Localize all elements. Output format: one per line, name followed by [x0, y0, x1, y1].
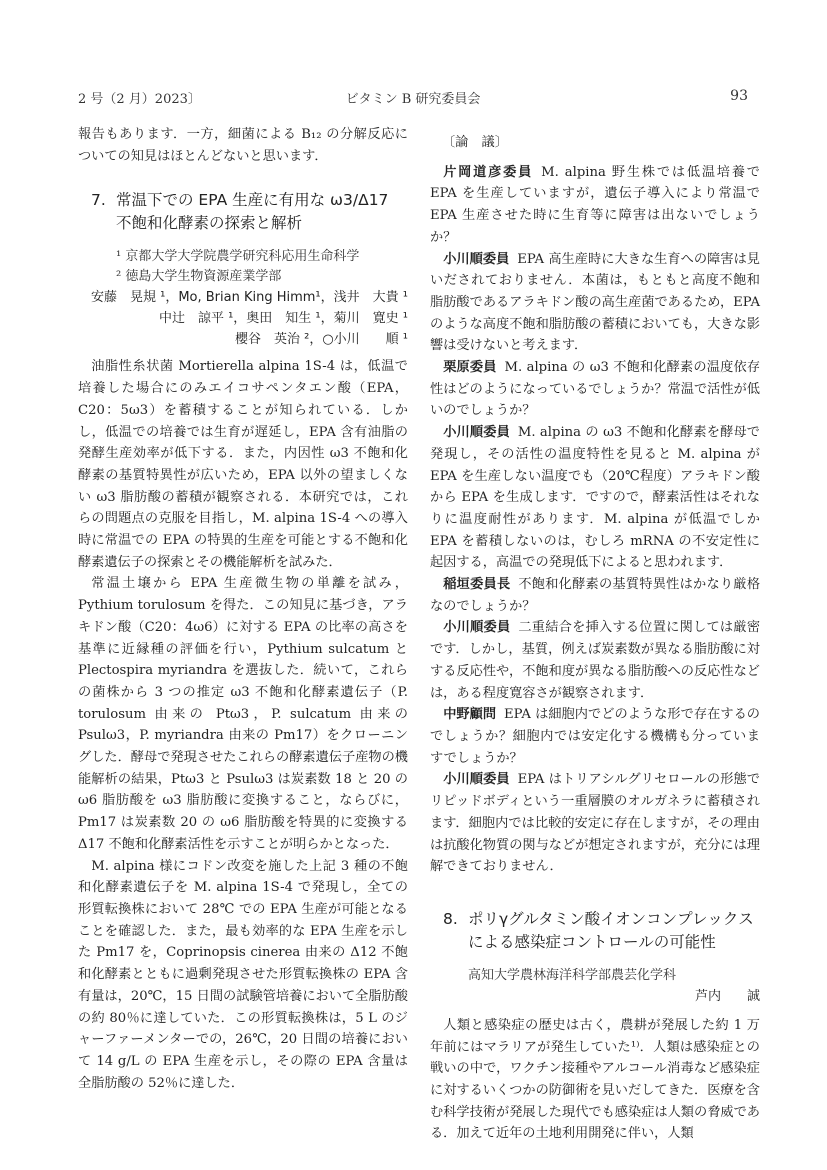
speaker-name: 稲垣委員長: [443, 577, 510, 592]
speaker-name: 小川順委員: [443, 620, 510, 635]
journal-title: ビタミン B 研究委員会: [78, 88, 748, 107]
dialog-entry: 栗原委員M. alpina の ω3 不飽和化酵素の温度依存性はどのようになって…: [430, 357, 760, 422]
running-header: 2 号（2 月）2023〕 ビタミン B 研究委員会 93: [78, 88, 748, 108]
dialog-entry: 中野顧問EPA は細胞内でどのような形で存在するのでしょうか？細胞内では安定化す…: [430, 704, 760, 769]
author-line: 中辻 諒平 ¹，奥田 知生 ¹，菊川 寛史 ¹: [78, 308, 408, 329]
section-title-text: 常温下での EPA 生産に有用な ω3/Δ17 不飽和化酵素の探索と解析: [116, 191, 388, 232]
author-line: 櫻谷 英治 ²，○小川 順 ¹: [78, 329, 408, 350]
dialog-entry: 小川順委員EPA 高生産時に大きな生育への障害は見いだされておりません．本菌は，…: [430, 249, 760, 358]
discussion-heading: 〔論 議〕: [442, 132, 760, 154]
affiliation: 高知大学農林海洋科学部農芸化学科: [430, 966, 760, 986]
section-number: 7.: [91, 189, 116, 212]
speaker-name: 小川順委員: [443, 425, 510, 440]
speaker-name: 片岡道彦委員: [443, 165, 533, 180]
dialog-entry: 稲垣委員長不飽和化酵素の基質特異性はかなり厳格なのでしょうか？: [430, 574, 760, 617]
speaker-name: 中野顧問: [443, 707, 496, 722]
dialog-entry: 片岡道彦委員M. alpina 野生株では低温培養で EPA を生産していますが…: [430, 162, 760, 249]
body-paragraph: M. alpina 様にコドン改変を施した上記 3 種の不飽和化酵素遺伝子を M…: [78, 856, 408, 1095]
author-list: 安藤 晃規 ¹，Mo, Brian King Himm¹，浅井 大貴 ¹ 中辻 …: [78, 287, 408, 350]
dialog-text: EPA はトリアシルグリセロールの形態でリピッドボディという一重層膜のオルガネラ…: [430, 772, 760, 874]
intro-tail-paragraph: 報告もあります．一方，細菌による B₁₂ の分解反応についての知見はほとんどない…: [78, 124, 408, 167]
section-7-title: 7.常温下での EPA 生産に有用な ω3/Δ17 不飽和化酵素の探索と解析: [78, 189, 408, 235]
author-name: 芦内 誠: [430, 986, 760, 1007]
speaker-name: 栗原委員: [443, 360, 496, 375]
page-number: 93: [730, 88, 748, 104]
dialog-entry: 小川順委員二重結合を挿入する位置に関しては厳密です．しかし，基質，例えば炭素数が…: [430, 617, 760, 704]
dialog-entry: 小川順委員EPA はトリアシルグリセロールの形態でリピッドボディという一重層膜の…: [430, 769, 760, 878]
body-paragraph: 常温土壌から EPA 生産微生物の単離を試み，Pythium torulosum…: [78, 573, 408, 855]
affiliation-1: ¹ 京都大学大学院農学研究科応用生命科学: [78, 247, 408, 267]
left-column: 報告もあります．一方，細菌による B₁₂ の分解反応についての知見はほとんどない…: [78, 124, 408, 1094]
author-line: 安藤 晃規 ¹，Mo, Brian King Himm¹，浅井 大貴 ¹: [78, 287, 408, 308]
section-number: 8.: [443, 908, 468, 931]
section-title-text: ポリγグルタミン酸イオンコンプレックスによる感染症コントロールの可能性: [468, 910, 754, 951]
right-column: 〔論 議〕 片岡道彦委員M. alpina 野生株では低温培養で EPA を生産…: [430, 124, 760, 1145]
dialog-entry: 小川順委員M. alpina の ω3 不飽和化酵素を酵母で発現し，その活性の温…: [430, 422, 760, 574]
affiliation-2: ² 徳島大学生物資源産業学部: [78, 267, 408, 287]
body-paragraph: 人類と感染症の歴史は古く，農耕が発展した約 1 万年前にはマラリアが発生していた…: [430, 1015, 760, 1145]
section-8-title: 8.ポリγグルタミン酸イオンコンプレックスによる感染症コントロールの可能性: [430, 908, 760, 954]
speaker-name: 小川順委員: [443, 252, 509, 267]
speaker-name: 小川順委員: [443, 772, 510, 787]
body-paragraph: 油脂性糸状菌 Mortierella alpina 1S-4 は，低温で培養した…: [78, 356, 408, 573]
dialog-text: M. alpina の ω3 不飽和化酵素を酵母で発現し，その活性の温度特性を見…: [430, 425, 760, 570]
